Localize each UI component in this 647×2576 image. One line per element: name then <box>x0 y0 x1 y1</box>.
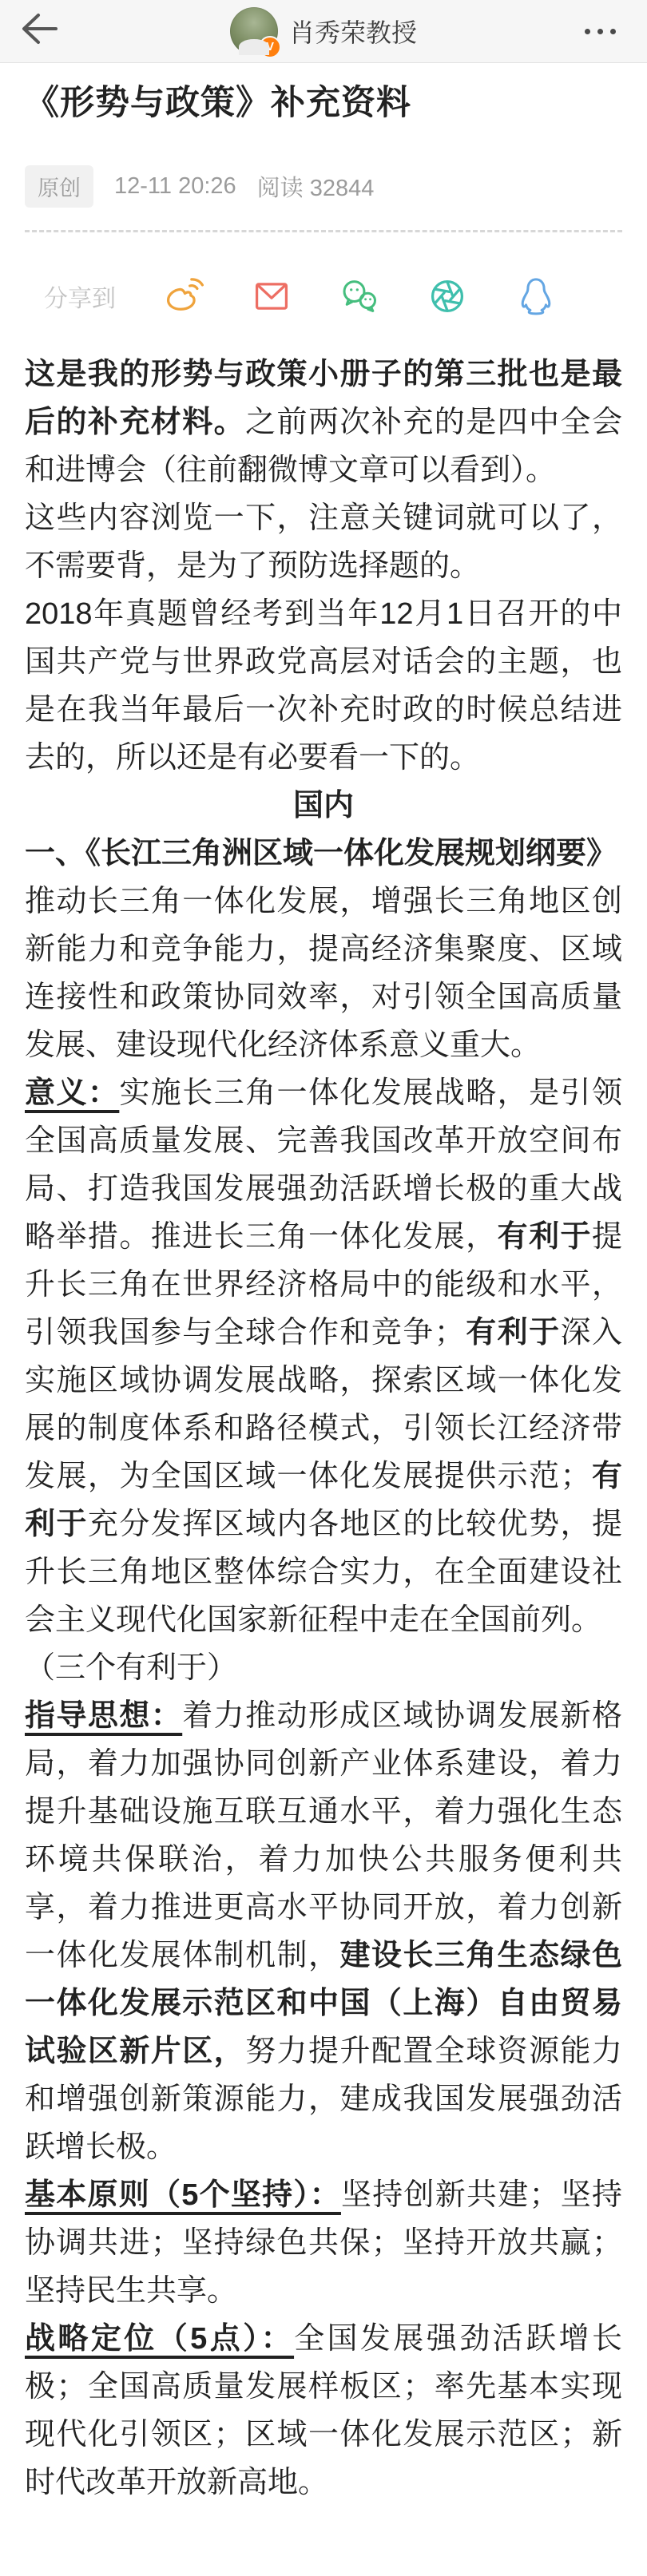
author-profile[interactable]: V 肖秀荣教授 <box>230 7 417 55</box>
heading-yangtze-plan: 一、《长江三角洲区域一体化发展规划纲要》 <box>25 830 622 878</box>
original-badge: 原创 <box>25 165 93 208</box>
share-icons <box>116 275 603 317</box>
article-title: 《形势与政策》补充资料 <box>25 81 622 125</box>
para-three-benefits: （三个有利于） <box>25 1644 622 1692</box>
mail-icon[interactable] <box>251 275 292 317</box>
author-nickname: 肖秀荣教授 <box>289 13 417 50</box>
weibo-icon[interactable] <box>162 275 204 317</box>
ellipsis-icon <box>585 29 590 34</box>
meta-row: 原创 12-11 20:26 阅读 32844 <box>25 165 622 208</box>
qq-icon[interactable] <box>515 275 557 317</box>
article: 《形势与政策》补充资料 原创 12-11 20:26 阅读 32844 分享到 <box>0 81 647 2518</box>
navbar: V 肖秀荣教授 <box>0 0 647 63</box>
para-intro: 这是我的形势与政策小册子的第三批也是最后的补充材料。之前两次补充的是四中全会和进… <box>25 351 622 494</box>
para-guiding-thought: 指导思想：着力推动形成区域协调发展新格局，着力加强协同创新产业体系建设，着力提升… <box>25 1692 622 2171</box>
read-count: 阅读 32844 <box>257 170 375 203</box>
para-basic-principles: 基本原则（5个坚持）：坚持创新共建；坚持协调共进；坚持绿色共保；坚持开放共赢；坚… <box>25 2171 622 2315</box>
share-row: 分享到 <box>25 275 622 317</box>
wechat-icon[interactable] <box>339 275 380 317</box>
publish-datetime: 12-11 20:26 <box>114 173 236 200</box>
moments-icon[interactable] <box>427 275 468 317</box>
section-domestic: 国内 <box>25 782 622 830</box>
dashed-divider <box>25 230 622 232</box>
para-strategic-positioning: 战略定位（5点）：全国发展强劲活跃增长极；全国高质量发展样板区；率先基本实现现代… <box>25 2315 622 2507</box>
share-label: 分享到 <box>44 279 116 314</box>
back-button[interactable] <box>14 8 65 53</box>
avatar: V <box>230 7 278 55</box>
verified-badge-icon: V <box>259 36 281 58</box>
para-promote: 推动长三角一体化发展，增强长三角地区创新能力和竞争能力，提高经济集聚度、区域连接… <box>25 878 622 1069</box>
article-body: 这是我的形势与政策小册子的第三批也是最后的补充材料。之前两次补充的是四中全会和进… <box>25 351 622 2518</box>
para-2018-exam: 2018年真题曾经考到当年12月1日召开的中国共产党与世界政党高层对话会的主题，… <box>25 590 622 782</box>
more-options-button[interactable] <box>572 13 628 50</box>
para-browse-tip: 这些内容浏览一下，注意关键词就可以了，不需要背，是为了预防选择题的。 <box>25 494 622 590</box>
weibo-article-screen: V 肖秀荣教授 《形势与政策》补充资料 原创 12-11 20:26 阅读 32… <box>0 0 647 2576</box>
para-significance: 意义：实施长三角一体化发展战略，是引领全国高质量发展、完善我国改革开放空间布局、… <box>25 1069 622 1644</box>
back-arrow-icon <box>19 11 61 50</box>
